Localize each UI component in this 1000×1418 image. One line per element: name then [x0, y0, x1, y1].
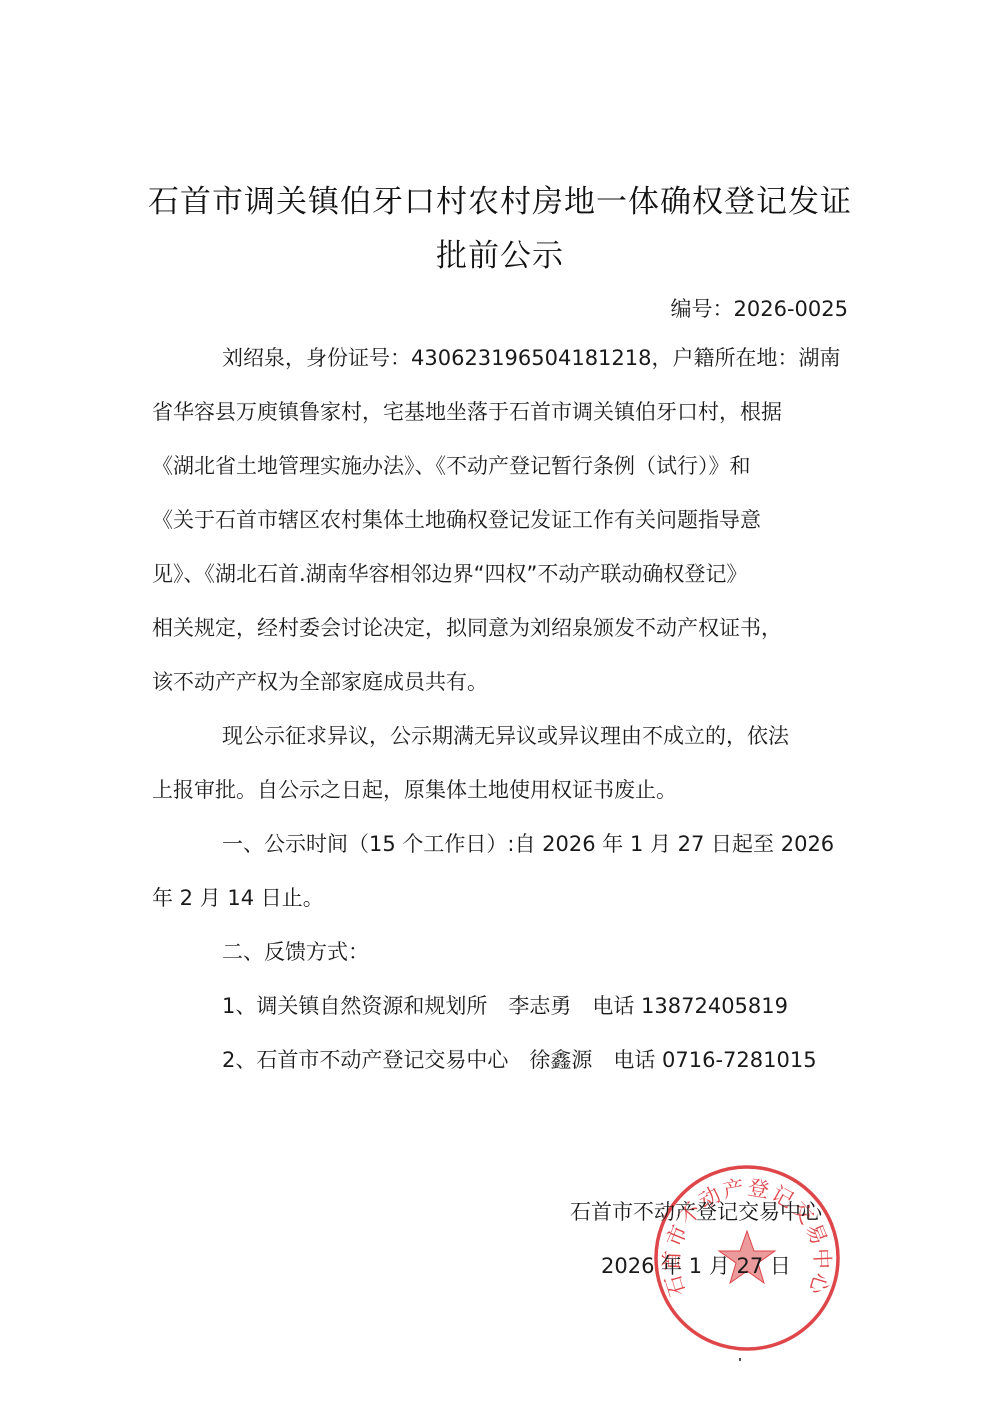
body-line: 上报审批。自公示之日起，原集体土地使用权证书废止。	[152, 776, 677, 804]
document-page: 石首市调关镇伯牙口村农村房地一体确权登记发证 批前公示 编号：2026-0025…	[0, 0, 1000, 1418]
feedback-contact-2: 2、石首市不动产登记交易中心 徐鑫源 电话 0716-7281015	[222, 1046, 817, 1074]
body-line: 现公示征求异议，公示期满无异议或异议理由不成立的，依法	[222, 722, 789, 750]
body-line: 该不动产产权为全部家庭成员共有。	[152, 668, 488, 696]
publicity-period-line: 一、公示时间（15 个工作日）:自 2026 年 1 月 27 日起至 2026	[222, 830, 834, 858]
document-title-line1: 石首市调关镇伯牙口村农村房地一体确权登记发证	[0, 176, 1000, 221]
publicity-period-line: 年 2 月 14 日止。	[152, 884, 324, 912]
feedback-heading: 二、反馈方式：	[222, 938, 369, 966]
body-line: 见》、《湖北石首.湖南华容相邻边界“四权”不动产联动确权登记》	[152, 560, 747, 588]
feedback-contact-1: 1、调关镇自然资源和规划所 李志勇 电话 13872405819	[222, 992, 788, 1020]
body-line: 省华容县万庾镇鲁家村，宅基地坐落于石首市调关镇伯牙口村，根据	[152, 398, 782, 426]
signature-organization: 石首市不动产登记交易中心	[570, 1196, 822, 1226]
body-line: 《关于石首市辖区农村集体土地确权登记发证工作有关问题指导意	[152, 506, 761, 534]
body-line: 刘绍泉，身份证号：430623196504181218，户籍所在地：湖南	[222, 344, 841, 372]
body-line: 《湖北省土地管理实施办法》、《不动产登记暂行条例（试行）》和	[152, 452, 751, 480]
document-title-line2: 批前公示	[0, 230, 1000, 275]
document-number: 编号：2026-0025	[671, 293, 848, 323]
body-line: 相关规定，经村委会讨论决定，拟同意为刘绍泉颁发不动产权证书，	[152, 614, 782, 642]
scan-speck	[739, 1358, 741, 1361]
signature-date: 2026 年 1 月 27 日	[601, 1250, 791, 1280]
